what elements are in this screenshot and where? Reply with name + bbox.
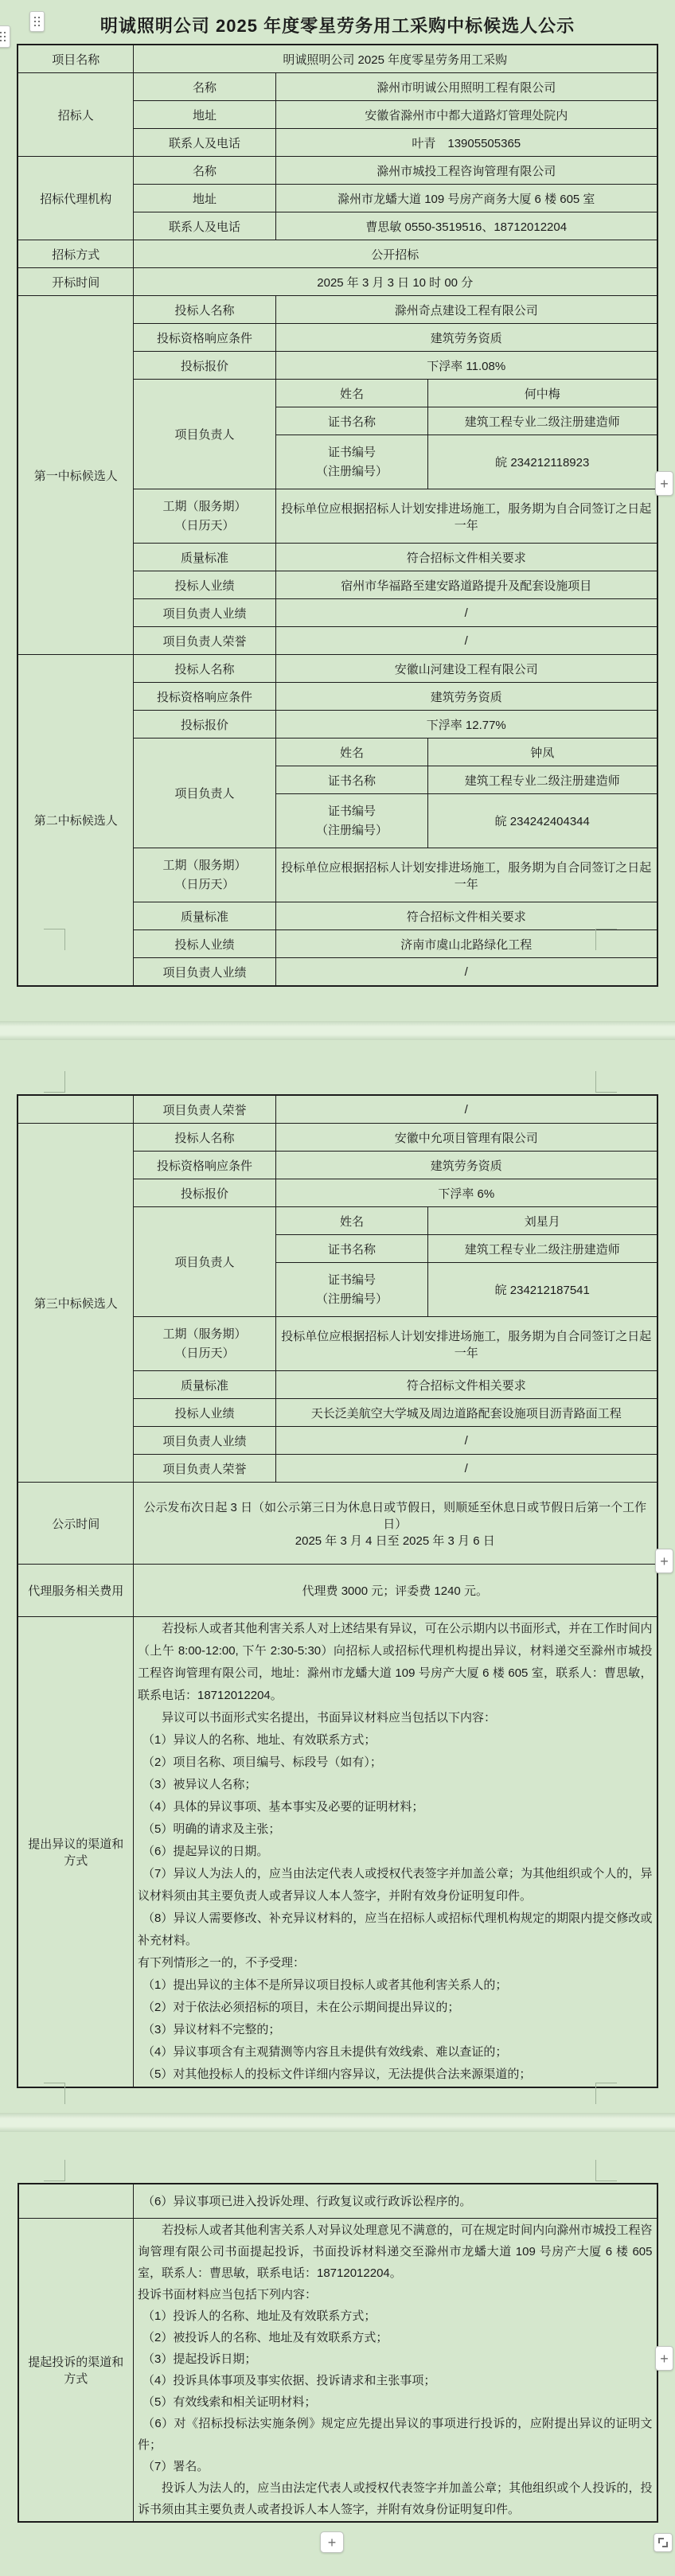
table-row: 第三中标候选人 投标人名称 安徽中允项目管理有限公司	[18, 1124, 657, 1152]
table-row: 提出异议的渠道和方式 若投标人或者其他利害关系人对上述结果有异议，可在公示期内以…	[18, 1617, 657, 2088]
insert-row-button[interactable]: +	[655, 471, 673, 496]
insert-row-button[interactable]: +	[655, 2346, 673, 2371]
row-label: 投标人名称	[133, 1124, 275, 1152]
label-line: （日历天）	[138, 516, 271, 536]
row-label: 联系人及电话	[133, 212, 275, 240]
row-value: 建筑工程专业二级注册建造师	[427, 766, 657, 794]
paragraph: 若投标人或者其他利害关系人对异议处理意见不满意的，可在规定时间内向滁州市城投工程…	[138, 2219, 653, 2284]
document-canvas: 明诚照明公司 2025 年度零星劳务用工采购中标候选人公示 项目名称 明诚照明公…	[0, 0, 675, 2576]
row-label: 地址	[133, 185, 275, 212]
candidate-2-label: 第二中标候选人	[18, 655, 133, 987]
table-row: 代理服务相关费用 代理费 3000 元；评委费 1240 元。	[18, 1565, 657, 1617]
paragraph: （3）异议材料不完整的；	[138, 2019, 653, 2041]
section-label: 招标人	[18, 73, 133, 157]
row-label: 提起投诉的渠道和方式	[18, 2219, 134, 2523]
row-value: 安徽中允项目管理有限公司	[275, 1124, 657, 1152]
candidate-2-label-continued	[18, 1095, 133, 1124]
row-value: 下浮率 11.08%	[275, 352, 657, 380]
row-label: 投标人业绩	[133, 930, 275, 958]
row-value: 下浮率 6%	[275, 1179, 657, 1207]
publicity-date-range: 2025 年 3 月 4 日至 2025 年 3 月 6 日	[138, 1532, 653, 1549]
page-2: 项目负责人荣誉 / 第三中标候选人 投标人名称 安徽中允项目管理有限公司 投标资…	[0, 1040, 675, 2113]
page-margin-mark	[595, 1071, 617, 1093]
row-label: 开标时间	[18, 268, 133, 296]
announcement-table-continued-2: （6）异议事项已进入投诉处理、行政复议或行政诉讼程序的。 提起投诉的渠道和方式 …	[18, 2183, 658, 2523]
paragraph: 投诉书面材料应当包括下列内容：	[138, 2284, 653, 2305]
row-value: 滁州市城投工程咨询管理有限公司	[275, 157, 657, 185]
paragraph: （2）被投诉人的名称、地址及有效联系方式；	[138, 2327, 653, 2348]
row-value: 天长泛美航空大学城及周边道路配套设施项目沥青路面工程	[275, 1399, 657, 1427]
row-value: 2025 年 3 月 3 日 10 时 00 分	[133, 268, 657, 296]
page-break-band	[0, 1021, 675, 1040]
row-value: 皖 234212118923	[427, 435, 657, 489]
row-label: 项目名称	[18, 45, 133, 73]
paragraph: （6）对《招标投标法实施条例》规定应先提出异议的事项进行投诉的，应附提出异议的证…	[138, 2413, 653, 2456]
announcement-table: 项目名称 明诚照明公司 2025 年度零星劳务用工采购 招标人 名称 滁州市明诚…	[17, 44, 657, 987]
paragraph: （4）投诉具体事项及事实依据、投诉请求和主张事项；	[138, 2370, 653, 2391]
page-margin-mark	[44, 2160, 65, 2181]
row-value: /	[275, 1455, 657, 1483]
page-margin-mark	[44, 929, 65, 950]
page-margin-mark	[44, 1071, 65, 1093]
row-value: 明诚照明公司 2025 年度零星劳务用工采购	[133, 45, 657, 73]
row-value: 钟凤	[427, 739, 657, 766]
row-label: 项目负责人荣誉	[133, 1455, 275, 1483]
table-drag-handle[interactable]	[29, 11, 45, 32]
page-margin-mark	[595, 2083, 617, 2104]
page-1: 明诚照明公司 2025 年度零星劳务用工采购中标候选人公示 项目名称 明诚照明公…	[0, 0, 675, 1021]
objection-label-continued	[18, 2184, 134, 2219]
row-value: 建筑劳务资质	[275, 324, 657, 352]
candidate-3-label: 第三中标候选人	[18, 1124, 133, 1483]
plus-icon: +	[660, 477, 669, 491]
row-value: 公开招标	[133, 240, 657, 268]
row-label: 公示时间	[18, 1483, 133, 1565]
row-value: 安徽山河建设工程有限公司	[275, 655, 657, 683]
row-label: 投标人名称	[133, 296, 275, 324]
plus-icon: +	[660, 1554, 669, 1569]
row-value: 宿州市华福路至建安路道路提升及配套设施项目	[275, 571, 657, 599]
row-label: 代理服务相关费用	[18, 1565, 133, 1617]
paragraph: （1）提出异议的主体不是所异议项目投标人或者其他利害关系人的；	[138, 1974, 653, 1997]
row-label: 投标人业绩	[133, 1399, 275, 1427]
fullscreen-button[interactable]	[654, 2533, 673, 2552]
row-value: 建筑工程专业二级注册建造师	[427, 1235, 657, 1263]
row-label: 质量标准	[133, 902, 275, 930]
label-line: 证书编号	[280, 802, 423, 821]
row-value: 符合招标文件相关要求	[275, 1371, 657, 1399]
grip-dots-icon	[0, 32, 6, 42]
page-break-band	[0, 2113, 675, 2132]
objection-text: 若投标人或者其他利害关系人对上述结果有异议，可在公示期内以书面形式，并在工作时间…	[133, 1617, 657, 2088]
row-label: 地址	[133, 101, 275, 129]
fullscreen-icon	[658, 2538, 668, 2547]
row-label: 证书名称	[275, 1235, 427, 1263]
table-row: 项目负责人荣誉 /	[18, 1095, 657, 1124]
table-row: （6）异议事项已进入投诉处理、行政复议或行政诉讼程序的。	[18, 2184, 657, 2219]
row-label: 姓名	[275, 1207, 427, 1235]
paragraph: （1）异议人的名称、地址、有效联系方式；	[138, 1729, 653, 1752]
row-value: 皖 234242404344	[427, 794, 657, 848]
paragraph: （4）异议事项含有主观猜测等内容且未提供有效线索、难以查证的；	[138, 2041, 653, 2064]
page-title: 明诚照明公司 2025 年度零星劳务用工采购中标候选人公示	[0, 0, 675, 44]
row-label: 质量标准	[133, 1371, 275, 1399]
row-label: 工期（服务期）（日历天）	[133, 489, 275, 544]
label-line: （注册编号）	[280, 821, 423, 840]
row-value: /	[275, 599, 657, 627]
row-value: /	[275, 1427, 657, 1455]
paragraph: 异议可以书面形式实名提出，书面异议材料应当包括以下内容：	[138, 1707, 653, 1729]
row-value: 滁州市龙蟠大道 109 号房产商务大厦 6 楼 605 室	[275, 185, 657, 212]
row-label: 证书编号（注册编号）	[275, 435, 427, 489]
announcement-table-continued: 项目负责人荣誉 / 第三中标候选人 投标人名称 安徽中允项目管理有限公司 投标资…	[17, 1094, 657, 2088]
plus-icon: +	[660, 2352, 669, 2366]
page-3: （6）异议事项已进入投诉处理、行政复议或行政诉讼程序的。 提起投诉的渠道和方式 …	[0, 2132, 675, 2576]
table-row: 第一中标候选人 投标人名称 滁州奇点建设工程有限公司	[18, 296, 657, 324]
page-margin-mark	[44, 2083, 65, 2104]
row-label: 证书编号（注册编号）	[275, 794, 427, 848]
objection-text-continued: （6）异议事项已进入投诉处理、行政复议或行政诉讼程序的。	[134, 2184, 657, 2219]
row-label: 工期（服务期）（日历天）	[133, 1317, 275, 1371]
insert-row-button[interactable]: +	[655, 1549, 673, 1573]
row-label: 投标资格响应条件	[133, 324, 275, 352]
row-value: 建筑工程专业二级注册建造师	[427, 407, 657, 435]
row-value: /	[275, 627, 657, 655]
paragraph: （3）被异议人名称；	[138, 1774, 653, 1796]
table-row: 招标代理机构 名称 滁州市城投工程咨询管理有限公司	[18, 157, 657, 185]
label-line: 工期（服务期）	[138, 1325, 271, 1344]
row-label: 项目负责人	[133, 739, 275, 848]
paragraph: 投诉人为法人的，应当由法定代表人或授权代表签字并加盖公章；其他组织或个人投诉的，…	[138, 2477, 653, 2520]
paragraph: （8）异议人需要修改、补充异议材料的，应当在招标人或招标代理机构规定的期限内提交…	[138, 1908, 653, 1952]
complaint-text: 若投标人或者其他利害关系人对异议处理意见不满意的，可在规定时间内向滁州市城投工程…	[134, 2219, 657, 2523]
row-label: 投标资格响应条件	[133, 1152, 275, 1179]
row-label: 投标资格响应条件	[133, 683, 275, 711]
paragraph: （2）对于依法必须招标的项目，未在公示期间提出异议的；	[138, 1997, 653, 2019]
paragraph-drag-handle[interactable]	[0, 25, 10, 48]
candidate-1-label: 第一中标候选人	[18, 296, 133, 655]
paragraph: 若投标人或者其他利害关系人对上述结果有异议，可在公示期内以书面形式，并在工作时间…	[138, 1618, 653, 1707]
table-row: 公示时间 公示发布次日起 3 日（如公示第三日为休息日或节假日，则顺延至休息日或…	[18, 1483, 657, 1565]
row-label: 项目负责人业绩	[133, 599, 275, 627]
row-label: 质量标准	[133, 544, 275, 571]
table-row: 开标时间 2025 年 3 月 3 日 10 时 00 分	[18, 268, 657, 296]
row-value: 投标单位应根据招标人计划安排进场施工，服务期为自合同签订之日起一年	[275, 489, 657, 544]
paragraph: （6）异议事项已进入投诉处理、行政复议或行政诉讼程序的。	[138, 2191, 653, 2212]
row-value: 符合招标文件相关要求	[275, 902, 657, 930]
row-label: 联系人及电话	[133, 129, 275, 157]
row-label: 投标报价	[133, 711, 275, 739]
row-value: 何中梅	[427, 380, 657, 407]
row-label: 项目负责人	[133, 380, 275, 489]
table-row: 招标人 名称 滁州市明诚公用照明工程有限公司	[18, 73, 657, 101]
label-line: 证书编号	[280, 443, 423, 462]
label-line: （日历天）	[138, 1344, 271, 1363]
row-label: 证书编号（注册编号）	[275, 1263, 427, 1317]
label-line: （日历天）	[138, 875, 271, 894]
row-value: 刘星月	[427, 1207, 657, 1235]
paragraph: （7）异议人为法人的，应当由法定代表人或授权代表签字并加盖公章；为其他组织或个人…	[138, 1863, 653, 1908]
plus-icon: +	[328, 2535, 337, 2550]
row-label: 投标人名称	[133, 655, 275, 683]
paragraph: （1）投诉人的名称、地址及有效联系方式；	[138, 2305, 653, 2327]
row-label: 提出异议的渠道和方式	[18, 1617, 133, 2088]
row-value: /	[275, 1095, 657, 1124]
row-value: 滁州奇点建设工程有限公司	[275, 296, 657, 324]
table-row: 第二中标候选人 投标人名称 安徽山河建设工程有限公司	[18, 655, 657, 683]
paragraph: （5）对其他投标人的投标文件详细内容异议，无法提供合法来源渠道的；	[138, 2064, 653, 2086]
grip-dots-icon	[34, 17, 40, 27]
row-label: 项目负责人荣誉	[133, 627, 275, 655]
label-line: 工期（服务期）	[138, 497, 271, 516]
row-label: 投标报价	[133, 1179, 275, 1207]
row-label: 证书名称	[275, 407, 427, 435]
row-value: 符合招标文件相关要求	[275, 544, 657, 571]
publicity-text: 公示发布次日起 3 日（如公示第三日为休息日或节假日，则顺延至休息日或节假日后第…	[138, 1498, 653, 1532]
row-value: 曹思敏 0550-3519516、18712012204	[275, 212, 657, 240]
row-value: 投标单位应根据招标人计划安排进场施工，服务期为自合同签订之日起一年	[275, 1317, 657, 1371]
row-label: 投标报价	[133, 352, 275, 380]
table-row: 招标方式 公开招标	[18, 240, 657, 268]
row-value: 建筑劳务资质	[275, 683, 657, 711]
page-margin-mark	[595, 2160, 617, 2181]
row-value: 代理费 3000 元；评委费 1240 元。	[133, 1565, 657, 1617]
row-label: 投标人业绩	[133, 571, 275, 599]
paragraph: （2）项目名称、项目编号、标段号（如有）；	[138, 1752, 653, 1774]
row-label: 项目负责人业绩	[133, 1427, 275, 1455]
row-label: 招标方式	[18, 240, 133, 268]
paragraph: （3）提起投诉日期；	[138, 2348, 653, 2370]
paragraph: （7）署名。	[138, 2456, 653, 2477]
row-label: 名称	[133, 157, 275, 185]
row-value: 皖 234212187541	[427, 1263, 657, 1317]
label-line: （注册编号）	[280, 1290, 423, 1309]
paragraph: 有下列情形之一的，不予受理：	[138, 1952, 653, 1974]
publicity-value: 公示发布次日起 3 日（如公示第三日为休息日或节假日，则顺延至休息日或节假日后第…	[133, 1483, 657, 1565]
row-label: 姓名	[275, 380, 427, 407]
row-value: 下浮率 12.77%	[275, 711, 657, 739]
row-value: 投标单位应根据招标人计划安排进场施工，服务期为自合同签订之日起一年	[275, 848, 657, 902]
row-value: 建筑劳务资质	[275, 1152, 657, 1179]
label-line: （注册编号）	[280, 462, 423, 481]
page-margin-mark	[595, 929, 617, 950]
row-value: 叶青 13905505365	[275, 129, 657, 157]
row-label: 名称	[133, 73, 275, 101]
add-content-button[interactable]: +	[320, 2531, 344, 2553]
paragraph: （4）具体的异议事项、基本事实及必要的证明材料；	[138, 1796, 653, 1818]
table-row: 项目名称 明诚照明公司 2025 年度零星劳务用工采购	[18, 45, 657, 73]
row-value: 安徽省滁州市中都大道路灯管理处院内	[275, 101, 657, 129]
table-row: 提起投诉的渠道和方式 若投标人或者其他利害关系人对异议处理意见不满意的，可在规定…	[18, 2219, 657, 2523]
row-label: 项目负责人	[133, 1207, 275, 1317]
paragraph: （6）提起异议的日期。	[138, 1841, 653, 1863]
section-label: 招标代理机构	[18, 157, 133, 240]
row-value: /	[275, 958, 657, 987]
row-label: 姓名	[275, 739, 427, 766]
row-label: 项目负责人业绩	[133, 958, 275, 987]
row-label: 证书名称	[275, 766, 427, 794]
row-value: 滁州市明诚公用照明工程有限公司	[275, 73, 657, 101]
row-label: 工期（服务期）（日历天）	[133, 848, 275, 902]
label-line: 工期（服务期）	[138, 856, 271, 875]
row-label: 项目负责人荣誉	[133, 1095, 275, 1124]
paragraph: （5）明确的请求及主张；	[138, 1818, 653, 1841]
paragraph: （5）有效线索和相关证明材料；	[138, 2391, 653, 2413]
label-line: 证书编号	[280, 1271, 423, 1290]
